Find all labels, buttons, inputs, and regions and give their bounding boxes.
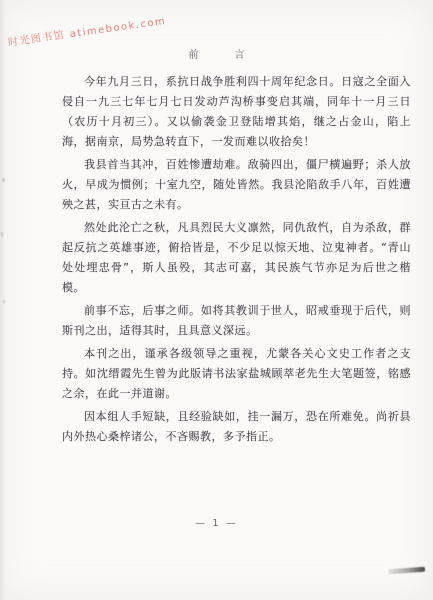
scan-speck — [1, 232, 3, 237]
title-char-1: 前 — [189, 46, 199, 61]
paragraph-5: 本刊之出，谨承各级领导之重视，尤蒙各关心文史工作者之支持。如沈缙霞先生曾为此版请… — [62, 344, 411, 404]
library-watermark: 时光图书馆 atimebook.com — [7, 12, 167, 49]
paragraph-1: 今年九月三日，系抗日战争胜利四十周年纪念日。日寇之全面入侵自一九三七年七月七日发… — [62, 72, 411, 152]
paragraph-6: 因本组人手短缺，且经验缺如，挂一漏万，恐在所难免。尚祈县内外热心桑梓诸公，不吝赐… — [62, 407, 411, 447]
title-char-2: 言 — [235, 46, 245, 61]
scan-speck — [2, 178, 5, 182]
scan-speck — [3, 300, 5, 303]
page-title: 前言 — [0, 46, 433, 61]
page-number: — 1 — — [0, 518, 433, 529]
scanned-document-page: 时光图书馆 atimebook.com 前言 今年九月三日，系抗日战争胜利四十周… — [0, 0, 433, 600]
paragraph-3: 然处此沦亡之秋，凡具烈民大义凛然，同仇敌忾，自为杀敌，群起反抗之英雄事迹，俯拾皆… — [62, 218, 411, 298]
paragraph-2: 我县首当其冲，百姓惨遭劫难。敌骑四出，僵尸横遍野；杀人放火，早成为惯例；十室九空… — [62, 155, 411, 215]
scan-smudge-artifact — [388, 567, 425, 575]
paragraph-4: 前事不忘，后事之师。如将其教训于世人，昭戒垂现于后代，则斯刊之出，适得其时，且具… — [62, 301, 411, 341]
document-body: 今年九月三日，系抗日战争胜利四十周年纪念日。日寇之全面入侵自一九三七年七月七日发… — [62, 72, 411, 450]
